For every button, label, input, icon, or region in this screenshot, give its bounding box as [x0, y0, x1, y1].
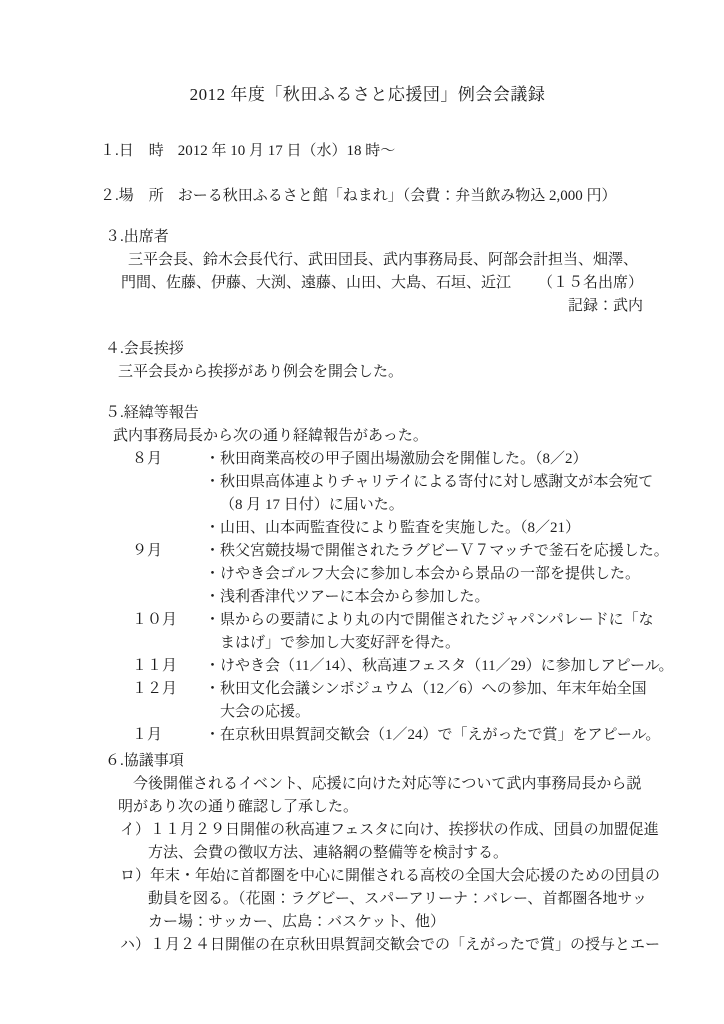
- report-bullet: ・山田、山本両監査役により監査を実施した。（8／21）: [205, 517, 653, 540]
- report-month-label: １月: [132, 724, 205, 747]
- datetime-label: １.日 時: [100, 143, 164, 159]
- section-place: ２.場 所おーる秋田ふるさと館「ねまれ」（会費：弁当飲み物込 2,000 円）: [100, 185, 663, 208]
- report-bullet: ・けやき会（11／14）、秋高連フェスタ（11／29）に参加しアピール。: [205, 655, 674, 678]
- section-greeting: ４.会長挨拶 三平会長から挨拶があり例会を開会した。: [100, 338, 663, 384]
- report-month-label: １０月: [132, 609, 205, 632]
- report-bullet: ・浅利香津代ツアーに本会から参加した。: [205, 586, 669, 609]
- attendees-names-line2: 門間、佐藤、伊藤、大渕、遠藤、山田、大島、石垣、近江 （１５名出席）: [121, 272, 643, 295]
- report-month-label: ９月: [132, 540, 205, 563]
- report-bullets: ・秩父宮競技場で開催されたラグビーＶ７マッチで釜石を応援した。 ・けやき会ゴルフ…: [205, 540, 669, 609]
- report-bullets: ・けやき会（11／14）、秋高連フェスタ（11／29）に参加しアピール。: [205, 655, 674, 678]
- agenda-item-ro: ロ）年末・年始に首都圏を中心に開催される高校の全国大会応援のための団員の 動員を…: [120, 865, 663, 934]
- datetime-value: 2012 年 10 月 17 日（水）18 時～: [178, 143, 396, 159]
- meeting-minutes-document: 2012 年度「秋田ふるさと応援団」例会会議録 １.日 時2012 年 10 月…: [0, 0, 724, 957]
- attendees-heading: ３.出席者: [105, 226, 663, 249]
- recorder-note: 記録：武内: [100, 295, 643, 318]
- report-bullet: ・在京秋田県賀詞交歓会（1／24）で「えがったで賞」をアピール。: [205, 724, 660, 747]
- place-value: おーる秋田ふるさと館「ねまれ」（会費：弁当飲み物込 2,000 円）: [178, 188, 617, 204]
- report-bullets: ・秋田文化会議シンポジュウム（12／6）への参加、年末年始全国 大会の応援。: [205, 678, 647, 724]
- agenda-item-i: イ）１１月２９日開催の秋高連フェスタに向け、挨拶状の作成、団員の加盟促進 方法、…: [120, 819, 663, 865]
- attendees-names-line2-text: 門間、佐藤、伊藤、大渕、遠藤、山田、大島、石垣、近江: [121, 272, 511, 295]
- attendees-names-line1: 三平会長、鈴木会長代行、武田団長、武内事務局長、阿部会計担当、畑澤、: [128, 249, 663, 272]
- agenda-heading: ６.協議事項: [105, 750, 663, 773]
- attendees-count: （１５名出席）: [538, 272, 643, 295]
- report-row-january: １月 ・在京秋田県賀詞交歓会（1／24）で「えがったで賞」をアピール。: [100, 724, 663, 747]
- section-datetime: １.日 時2012 年 10 月 17 日（水）18 時～: [100, 140, 663, 163]
- agenda-item-ha: ハ）１月２４日開催の在京秋田県賀詞交歓会での「えがったで賞」の授与とエー: [120, 934, 663, 957]
- greeting-body: 三平会長から挨拶があり例会を開会した。: [118, 361, 663, 384]
- greeting-heading: ４.会長挨拶: [105, 338, 663, 361]
- report-month-label: ８月: [132, 448, 205, 471]
- place-label: ２.場 所: [100, 188, 164, 204]
- report-month-label: １２月: [132, 678, 205, 701]
- section-attendees: ３.出席者 三平会長、鈴木会長代行、武田団長、武内事務局長、阿部会計担当、畑澤、…: [100, 226, 663, 318]
- report-bullets: ・県からの要請により丸の内で開催されたジャパンパレードに「な まはげ」で参加し大…: [205, 609, 654, 655]
- section-report: ５.経緯等報告 武内事務局長から次の通り経緯報告があった。 ８月 ・秋田商業高校…: [100, 402, 663, 747]
- report-row-december: １２月 ・秋田文化会議シンポジュウム（12／6）への参加、年末年始全国 大会の応…: [100, 678, 663, 724]
- report-bullet: ・秋田県高体連よりチャリテイによる寄付に対し感謝文が本会宛て （8 月 17 日…: [205, 471, 653, 517]
- report-bullets: ・在京秋田県賀詞交歓会（1／24）で「えがったで賞」をアピール。: [205, 724, 660, 747]
- report-row-october: １０月 ・県からの要請により丸の内で開催されたジャパンパレードに「な まはげ」で…: [100, 609, 663, 655]
- report-row-september: ９月 ・秩父宮競技場で開催されたラグビーＶ７マッチで釜石を応援した。 ・けやき会…: [100, 540, 663, 609]
- report-bullet: ・県からの要請により丸の内で開催されたジャパンパレードに「な まはげ」で参加し大…: [205, 609, 654, 655]
- report-row-august: ８月 ・秋田商業高校の甲子園出場激励会を開催した。（8／2） ・秋田県高体連より…: [100, 448, 663, 540]
- report-month-label: １１月: [132, 655, 205, 678]
- report-bullet: ・けやき会ゴルフ大会に参加し本会から景品の一部を提供した。: [205, 563, 669, 586]
- section-agenda: ６.協議事項 今後開催されるイベント、応援に向けた対応等について武内事務局長から…: [100, 750, 663, 957]
- report-intro: 武内事務局長から次の通り経緯報告があった。: [113, 425, 663, 448]
- report-bullets: ・秋田商業高校の甲子園出場激励会を開催した。（8／2） ・秋田県高体連よりチャリ…: [205, 448, 653, 540]
- report-heading: ５.経緯等報告: [105, 402, 663, 425]
- report-row-november: １１月 ・けやき会（11／14）、秋高連フェスタ（11／29）に参加しアピール。: [100, 655, 663, 678]
- document-page: { "title": "2012 年度「秋田ふるさと応援団」例会会議録", "s…: [0, 0, 724, 1024]
- report-bullet: ・秩父宮競技場で開催されたラグビーＶ７マッチで釜石を応援した。: [205, 540, 669, 563]
- report-bullet: ・秋田商業高校の甲子園出場激励会を開催した。（8／2）: [205, 448, 653, 471]
- report-bullet: ・秋田文化会議シンポジュウム（12／6）への参加、年末年始全国 大会の応援。: [205, 678, 647, 724]
- agenda-intro: 今後開催されるイベント、応援に向けた対応等について武内事務局長から説 明があり次…: [118, 773, 663, 819]
- document-title: 2012 年度「秋田ふるさと応援団」例会会議録: [86, 84, 649, 106]
